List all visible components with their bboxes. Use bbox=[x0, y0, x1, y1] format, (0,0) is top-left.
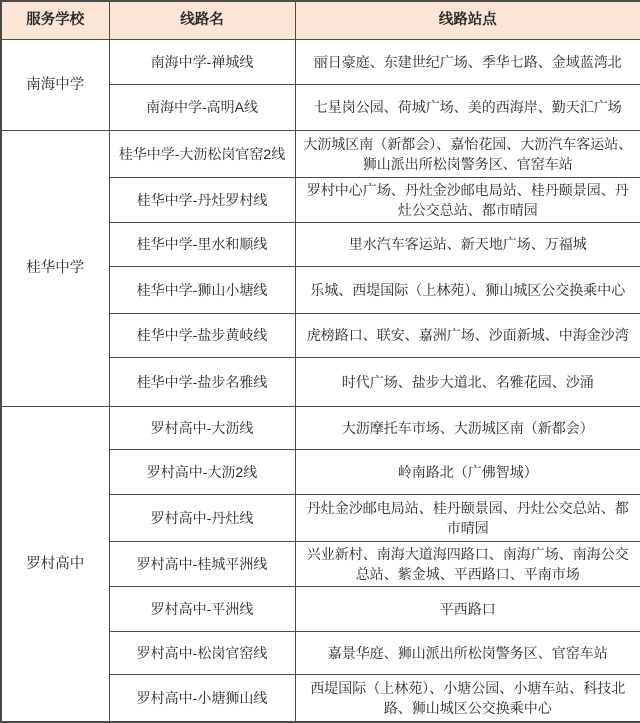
stations-cell: 七星岗公园、荷城广场、美的西海岸、勤天汇广场 bbox=[295, 84, 640, 130]
header-stations: 线路站点 bbox=[295, 1, 640, 39]
table-row: 罗村高中 罗村高中-大沥线 大沥摩托车市场、大沥城区南（新都会） bbox=[1, 406, 640, 449]
route-name-cell: 罗村高中-平洲线 bbox=[109, 586, 295, 631]
route-name-cell: 桂华中学-里水和顺线 bbox=[109, 222, 295, 266]
stations-cell: 里水汽车客运站、新天地广场、万福城 bbox=[295, 222, 640, 266]
stations-cell: 兴业新村、南海大道海四路口、南海广场、南海公交总站、紫金城、平西路口、平南市场 bbox=[295, 541, 640, 586]
stations-cell: 岭南路北（广佛智城） bbox=[295, 449, 640, 494]
route-name-cell: 罗村高中-小塘狮山线 bbox=[109, 674, 295, 722]
route-name-cell: 南海中学-禅城线 bbox=[109, 39, 295, 84]
table-row: 桂华中学 桂华中学-大沥松岗官窑2线 大沥城区南（新都会）、嘉怡花园、大沥汽车客… bbox=[1, 130, 640, 177]
stations-cell: 嘉景华庭、狮山派出所松岗警务区、官窑车站 bbox=[295, 631, 640, 674]
route-name-cell: 桂华中学-狮山小塘线 bbox=[109, 266, 295, 313]
route-name-cell: 罗村高中-桂城平洲线 bbox=[109, 541, 295, 586]
page: 服务学校 线路名 线路站点 南海中学 南海中学-禅城线 丽日豪庭、东建世纪广场、… bbox=[0, 0, 640, 721]
stations-cell: 大沥摩托车市场、大沥城区南（新都会） bbox=[295, 406, 640, 449]
route-name-cell: 南海中学-高明A线 bbox=[109, 84, 295, 130]
stations-cell: 丹灶金沙邮电局站、桂丹颐景园、丹灶公交总站、都市晴园 bbox=[295, 494, 640, 541]
school-cell: 南海中学 bbox=[1, 39, 109, 130]
route-name-cell: 罗村高中-丹灶线 bbox=[109, 494, 295, 541]
route-name-cell: 桂华中学-大沥松岗官窑2线 bbox=[109, 130, 295, 177]
route-name-cell: 罗村高中-大沥线 bbox=[109, 406, 295, 449]
school-cell: 罗村高中 bbox=[1, 406, 109, 722]
route-name-cell: 桂华中学-丹灶罗村线 bbox=[109, 177, 295, 222]
stations-cell: 虎榜路口、联安、嘉洲广场、沙面新城、中海金沙湾 bbox=[295, 313, 640, 357]
header-school: 服务学校 bbox=[1, 1, 109, 39]
table-row: 南海中学 南海中学-禅城线 丽日豪庭、东建世纪广场、季华七路、金域蓝湾北 bbox=[1, 39, 640, 84]
header-row: 服务学校 线路名 线路站点 bbox=[1, 1, 640, 39]
route-name-cell: 桂华中学-盐步名雅线 bbox=[109, 357, 295, 406]
stations-cell: 平西路口 bbox=[295, 586, 640, 631]
school-cell: 桂华中学 bbox=[1, 130, 109, 406]
stations-cell: 西堤国际（上林苑）、小塘公园、小塘车站、科技北路、狮山城区公交换乘中心 bbox=[295, 674, 640, 722]
stations-cell: 罗村中心广场、丹灶金沙邮电局站、桂丹颐景园、丹灶公交总站、都市晴园 bbox=[295, 177, 640, 222]
stations-cell: 大沥城区南（新都会）、嘉怡花园、大沥汽车客运站、狮山派出所松岗警务区、官窑车站 bbox=[295, 130, 640, 177]
stations-cell: 乐城、西堤国际（上林苑）、狮山城区公交换乘中心 bbox=[295, 266, 640, 313]
stations-cell: 时代广场、盐步大道北、名雅花园、沙涌 bbox=[295, 357, 640, 406]
header-route-name: 线路名 bbox=[109, 1, 295, 39]
stations-cell: 丽日豪庭、东建世纪广场、季华七路、金域蓝湾北 bbox=[295, 39, 640, 84]
route-name-cell: 罗村高中-大沥2线 bbox=[109, 449, 295, 494]
bus-routes-table: 服务学校 线路名 线路站点 南海中学 南海中学-禅城线 丽日豪庭、东建世纪广场、… bbox=[0, 0, 640, 723]
route-name-cell: 罗村高中-松岗官窑线 bbox=[109, 631, 295, 674]
route-name-cell: 桂华中学-盐步黄岐线 bbox=[109, 313, 295, 357]
